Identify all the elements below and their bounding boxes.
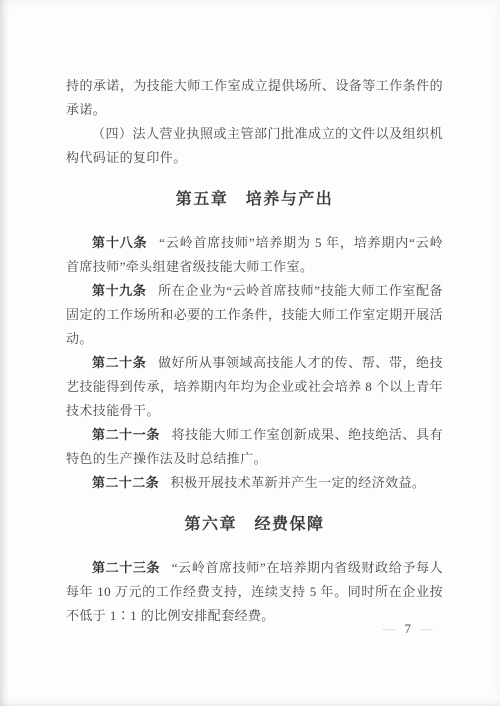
article-19-paragraph: 第十九条所在企业为“云岭首席技师”技能大师工作室配备固定的工作场所和必要的工作条… — [66, 279, 443, 351]
article-21-label: 第二十一条 — [92, 427, 160, 442]
article-19-label: 第十九条 — [92, 283, 146, 298]
list-item-paragraph: （四）法人营业执照或主管部门批准成立的文件以及组织机构代码证的复印件。 — [66, 122, 443, 170]
article-23-label: 第二十三条 — [92, 560, 160, 575]
article-22-label: 第二十二条 — [92, 475, 159, 490]
article-22-paragraph: 第二十二条积极开展技术革新并产生一定的经济效益。 — [66, 471, 443, 495]
article-22-text: 积极开展技术革新并产生一定的经济效益。 — [171, 475, 426, 490]
chapter-6-heading: 第六章 经费保障 — [66, 512, 443, 538]
continuation-paragraph: 持的承诺，为技能大师工作室成立提供场所、设备等工作条件的承诺。 — [66, 74, 443, 122]
article-21-paragraph: 第二十一条将技能大师工作室创新成果、绝技绝活、具有特色的生产操作法及时总结推广。 — [66, 423, 443, 471]
document-content: 持的承诺，为技能大师工作室成立提供场所、设备等工作条件的承诺。 （四）法人营业执… — [66, 74, 443, 628]
article-18-label: 第十八条 — [92, 235, 147, 250]
article-23-paragraph: 第二十三条“云岭首席技师”在培养期内省级财政给予每人每年 10 万元的工作经费支… — [66, 556, 443, 628]
article-20-paragraph: 第二十条做好所从事领域高技能人才的传、帮、带，绝技艺技能得到传承，培养期内年均为… — [66, 351, 443, 423]
footer-left-dash: — — [383, 621, 398, 636]
article-18-paragraph: 第十八条“云岭首席技师”培养期为 5 年，培养期内“云岭首席技师”牵头组建省级技… — [66, 231, 443, 279]
article-20-label: 第二十条 — [92, 355, 146, 370]
chapter-5-heading: 第五章 培养与产出 — [66, 187, 443, 213]
footer-right-dash: — — [420, 621, 435, 636]
page-number: 7 — [405, 621, 414, 636]
scanned-document-page: 持的承诺，为技能大师工作室成立提供场所、设备等工作条件的承诺。 （四）法人营业执… — [0, 0, 500, 706]
page-footer: —7— — [376, 621, 443, 637]
